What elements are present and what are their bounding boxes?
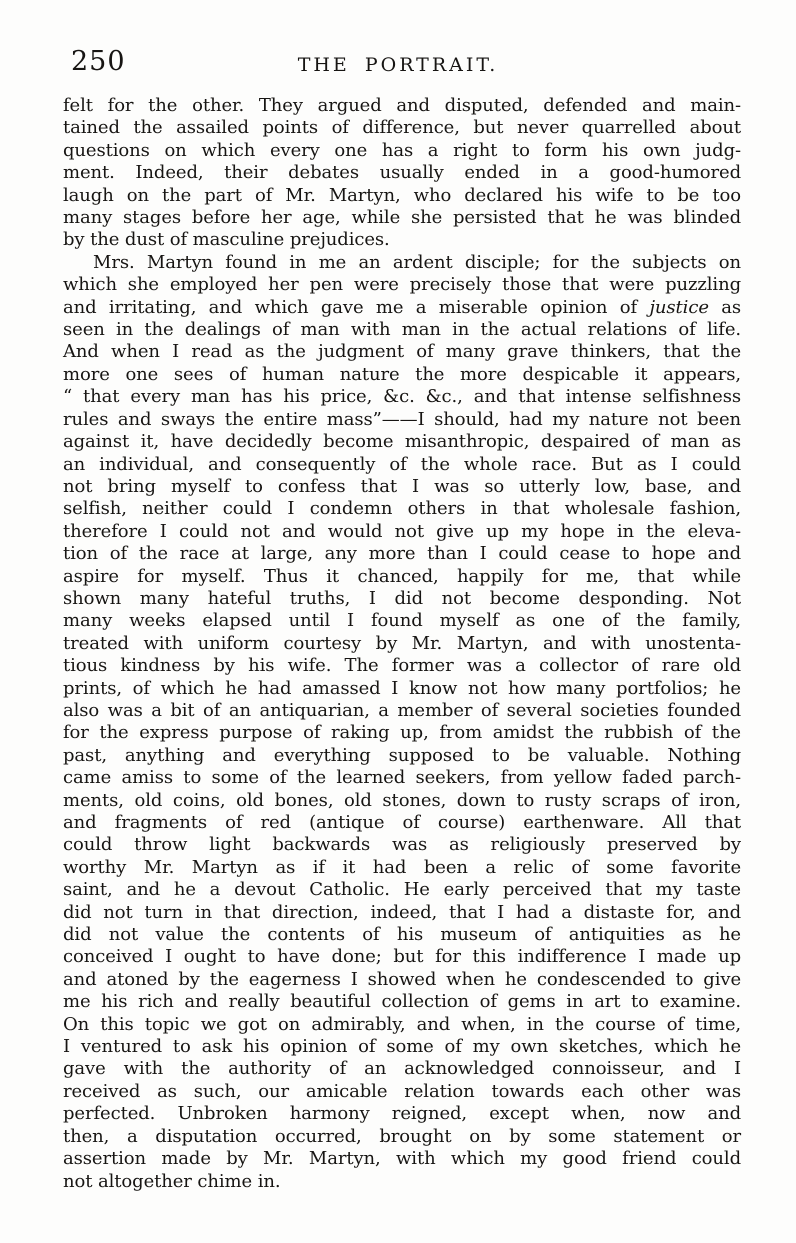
text-line: for the express purpose of raking up, fr… [63,722,741,744]
text-line: felt for the other. They argued and disp… [63,95,741,117]
text-line: Mrs. Martyn found in me an ardent discip… [63,252,741,274]
text-line: treated with uniform courtesy by Mr. Mar… [63,633,741,655]
text-line: saint, and he a devout Catholic. He earl… [63,879,741,901]
text-line: On this topic we got on admirably, and w… [63,1014,741,1036]
text-line: rules and sways the entire mass”——I shou… [63,409,741,431]
text-line: many weeks elapsed until I found myself … [63,610,741,632]
text-line: did not value the contents of his museum… [63,924,741,946]
text-line: ment. Indeed, their debates usually ende… [63,162,741,184]
text-line: I ventured to ask his opinion of some of… [63,1036,741,1058]
text-line: an individual, and consequently of the w… [63,454,741,476]
text-line: therefore I could not and would not give… [63,521,741,543]
text-line: not bring myself to confess that I was s… [63,476,741,498]
text-line: aspire for myself. Thus it chanced, happ… [63,566,741,588]
page-text: felt for the other. They argued and disp… [63,95,741,1193]
text-line: and fragments of red (antique of course)… [63,812,741,834]
text-line: past, anything and everything supposed t… [63,745,741,767]
text-line: many stages before her age, while she pe… [63,207,741,229]
text-line: by the dust of masculine prejudices. [63,229,741,251]
text-line: came amiss to some of the learned seeker… [63,767,741,789]
text-line: received as such, our amicable relation … [63,1081,741,1103]
text-line: more one sees of human nature the more d… [63,364,741,386]
text-line: which she employed her pen were precisel… [63,274,741,296]
paragraph: felt for the other. They argued and disp… [63,95,741,252]
text-line: laugh on the part of Mr. Martyn, who dec… [63,185,741,207]
text-line: against it, have decidedly become misant… [63,431,741,453]
text-line: “ that every man has his price, &c. &c.,… [63,386,741,408]
text-line: tained the assailed points of difference… [63,117,741,139]
text-line: selfish, neither could I condemn others … [63,498,741,520]
text-line: and irritating, and which gave me a mise… [63,297,741,319]
text-line: gave with the authority of an acknowledg… [63,1058,741,1080]
text-line: prints, of which he had amassed I know n… [63,678,741,700]
book-page: 250 THE PORTRAIT. felt for the other. Th… [0,0,796,1243]
text-line: worthy Mr. Martyn as if it had been a re… [63,857,741,879]
text-line: perfected. Unbroken harmony reigned, exc… [63,1103,741,1125]
text-line: also was a bit of an antiquarian, a memb… [63,700,741,722]
text-line: assertion made by Mr. Martyn, with which… [63,1148,741,1170]
text-line: ments, old coins, old bones, old stones,… [63,790,741,812]
text-line: questions on which every one has a right… [63,140,741,162]
text-line: shown many hateful truths, I did not bec… [63,588,741,610]
text-line: not altogether chime in. [63,1171,741,1193]
text-line: could throw light backwards was as relig… [63,834,741,856]
text-line: And when I read as the judgment of many … [63,341,741,363]
text-line: tious kindness by his wife. The former w… [63,655,741,677]
text-line: tion of the race at large, any more than… [63,543,741,565]
text-line: seen in the dealings of man with man in … [63,319,741,341]
text-line: then, a disputation occurred, brought on… [63,1126,741,1148]
text-line: conceived I ought to have done; but for … [63,946,741,968]
paragraph: Mrs. Martyn found in me an ardent discip… [63,252,741,1193]
text-line: me his rich and really beautiful collect… [63,991,741,1013]
text-line: did not turn in that direction, indeed, … [63,902,741,924]
text-line: and atoned by the eagerness I showed whe… [63,969,741,991]
running-title: THE PORTRAIT. [0,54,796,76]
